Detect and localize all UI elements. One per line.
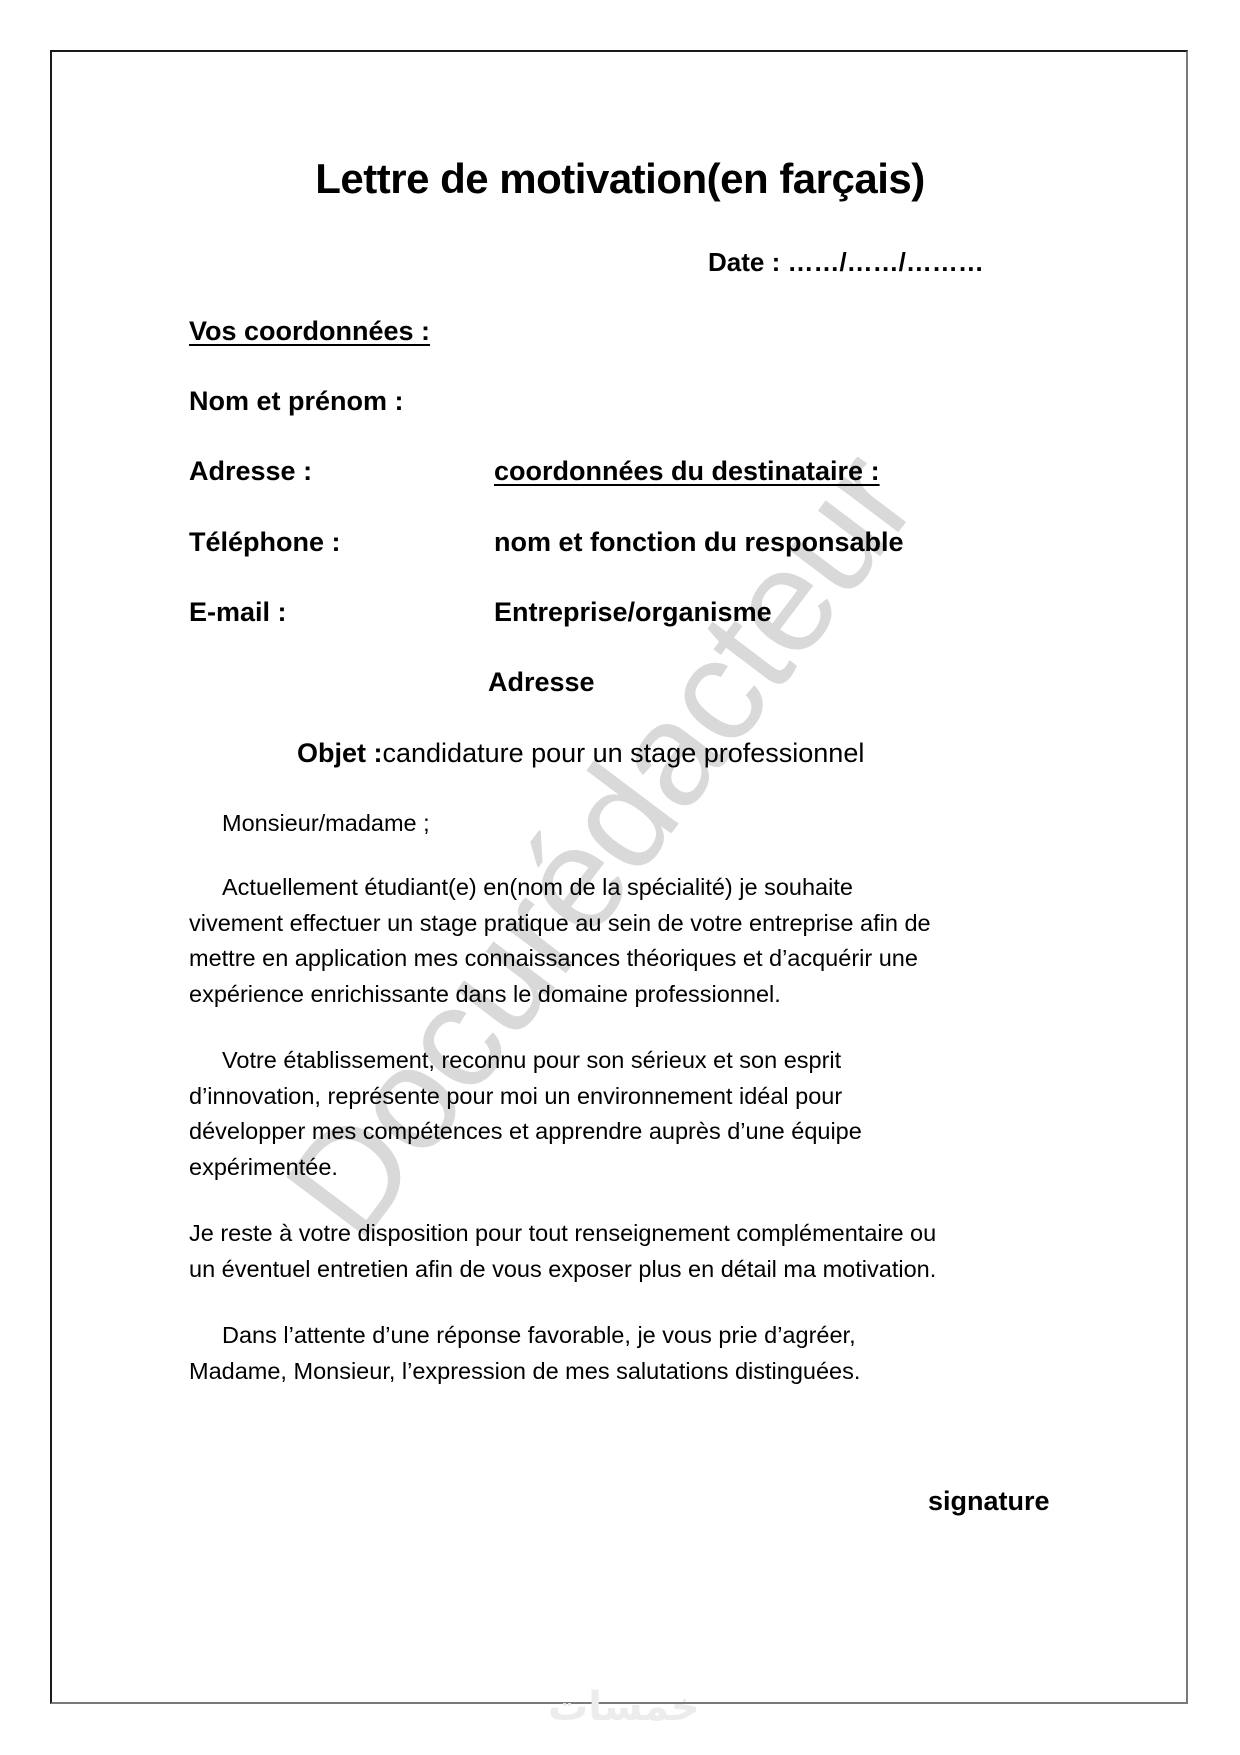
- sender-email-field: E-mail :: [189, 597, 287, 628]
- paragraph-4-line-1: Dans l’attente d’une réponse favorable, …: [189, 1318, 1069, 1354]
- paragraph-3-line-1: Je reste à votre disposition pour tout r…: [189, 1216, 1069, 1252]
- sender-phone-field: Téléphone :: [189, 527, 341, 558]
- paragraph-2-line-1: Votre établissement, reconnu pour son sé…: [189, 1043, 1069, 1079]
- object-label: Objet :: [297, 738, 383, 768]
- signature-label: signature: [928, 1486, 1050, 1517]
- recipient-company-field: Entreprise/organisme: [494, 597, 772, 628]
- paragraph-4: Dans l’attente d’une réponse favorable, …: [189, 1318, 1069, 1389]
- watermark-khamsat-logo: خمسات: [548, 1684, 700, 1730]
- recipient-address-field: Adresse: [488, 667, 595, 698]
- paragraph-1-line-1: Actuellement étudiant(e) en(nom de la sp…: [189, 870, 1069, 906]
- date-line: Date : ……/……/………: [708, 247, 984, 278]
- paragraph-3: Je reste à votre disposition pour tout r…: [189, 1216, 1069, 1287]
- paragraph-4-line-2: Madame, Monsieur, l’expression de mes sa…: [189, 1354, 1069, 1390]
- recipient-manager-field: nom et fonction du responsable: [494, 527, 904, 558]
- letter-title: Lettre de motivation(en farçais): [0, 155, 1240, 203]
- recipient-heading: coordonnées du destinataire :: [494, 456, 880, 487]
- object-text: candidature pour un stage professionnel: [383, 738, 865, 768]
- salutation: Monsieur/madame ;: [189, 806, 1069, 842]
- sender-address-field: Adresse :: [189, 456, 312, 487]
- paragraph-2-line-2: d’innovation, représente pour moi un env…: [189, 1079, 1069, 1115]
- paragraph-1-line-4: expérience enrichissante dans le domaine…: [189, 977, 1069, 1013]
- paragraph-1-line-2: vivement effectuer un stage pratique au …: [189, 906, 1069, 942]
- salutation-text: Monsieur/madame ;: [189, 806, 1069, 842]
- paragraph-1-line-3: mettre en application mes connaissances …: [189, 941, 1069, 977]
- sender-name-field: Nom et prénom :: [189, 386, 404, 417]
- object-line: Objet :candidature pour un stage profess…: [297, 738, 864, 769]
- paragraph-3-line-2: un éventuel entretien afin de vous expos…: [189, 1252, 1069, 1288]
- paragraph-2-line-4: expérimentée.: [189, 1150, 1069, 1186]
- paragraph-2: Votre établissement, reconnu pour son sé…: [189, 1043, 1069, 1185]
- sender-heading: Vos coordonnées :: [189, 316, 430, 347]
- paragraph-2-line-3: développer mes compétences et apprendre …: [189, 1114, 1069, 1150]
- paragraph-1: Actuellement étudiant(e) en(nom de la sp…: [189, 870, 1069, 1012]
